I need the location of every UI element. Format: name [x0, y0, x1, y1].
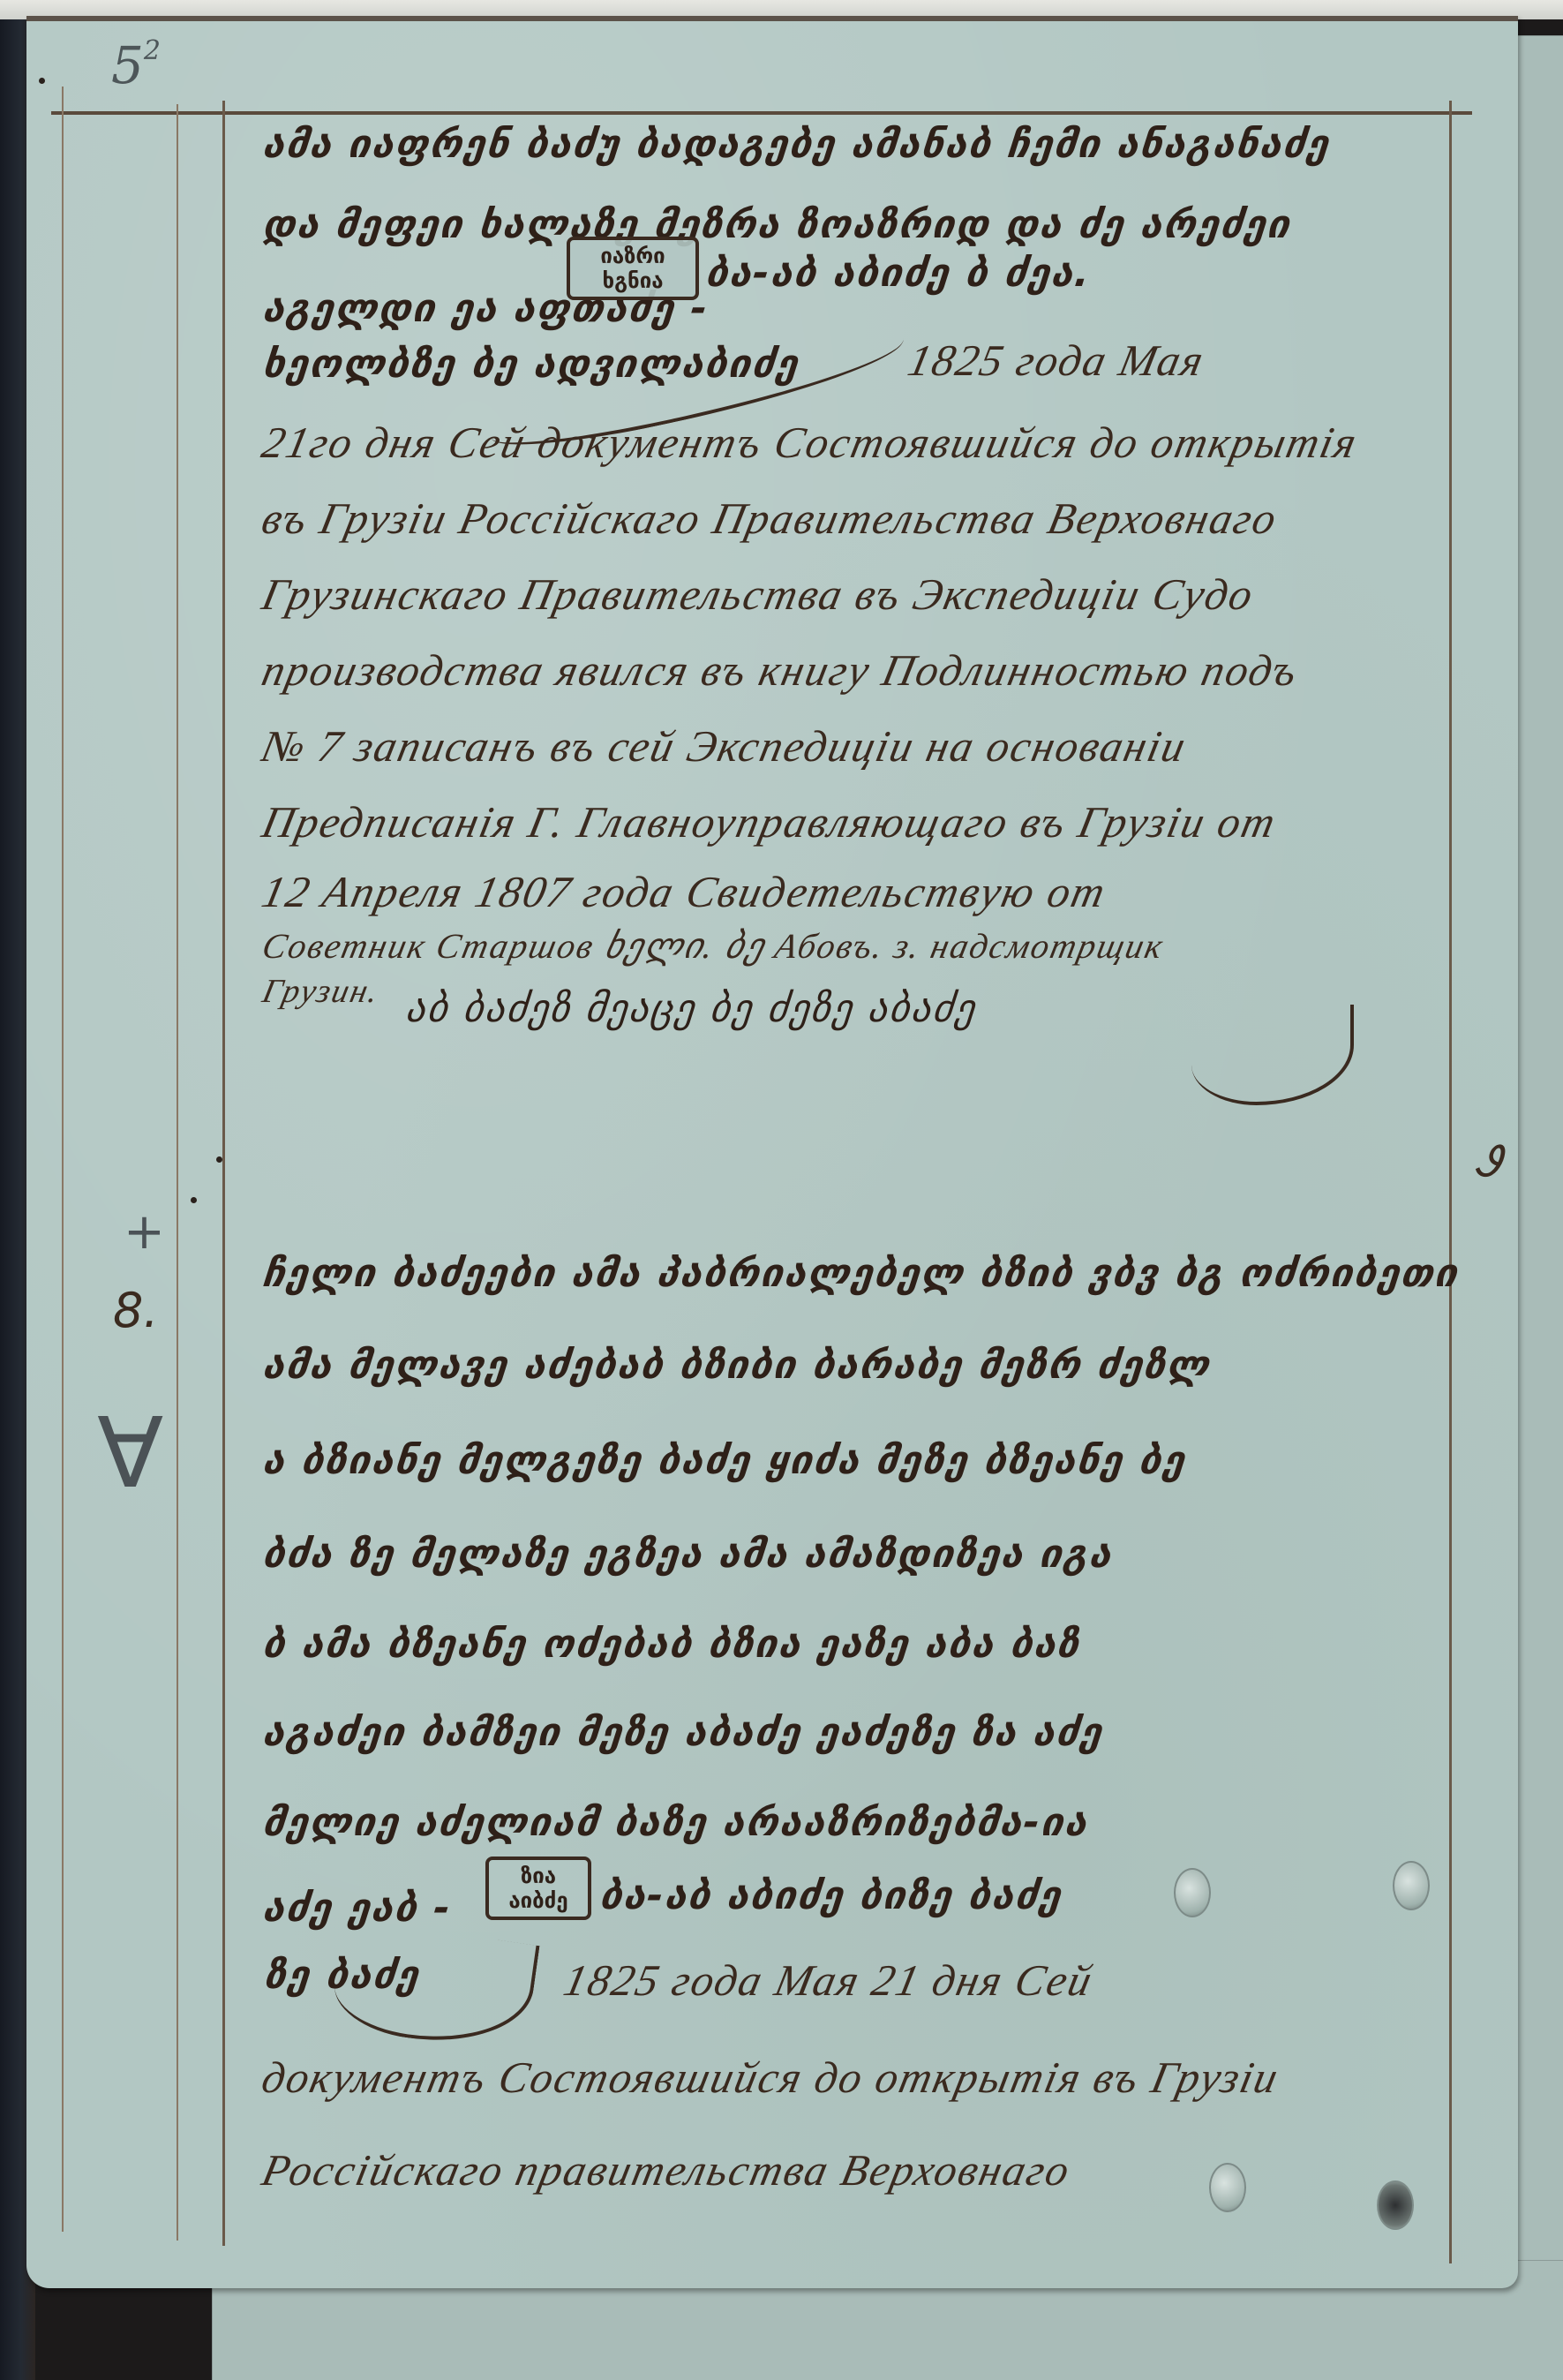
paper-hole [1209, 2163, 1246, 2212]
russian-line: Грузинскаго Правительства въ Экспедиціи … [255, 556, 1480, 632]
russian-line: Россійскаго правительства Верховнаго [257, 2139, 1329, 2201]
georgian-line: ბა-აბ აბიძე ბ ძეა. [703, 247, 1459, 300]
georgian-line: ბძა ზე მელაზე ეგზეა ამა ამაზდიზეა იგა [259, 1509, 1477, 1600]
entry-1-georgian: ამა იაფრენ ბაძუ ბადაგებე ამანაბ ჩემი ანა… [263, 104, 1472, 353]
paper-hole [1174, 1868, 1211, 1917]
russian-line: 21го дня Сей документъ Состоявшийся до о… [255, 404, 1480, 480]
russian-line: 12 Апреля 1807 года Свидетельствую от [256, 860, 1478, 923]
margin-rule-1 [62, 87, 64, 2232]
georgian-line: ჩელი ბაძეები ამა პაბრიალებელ ბზიბ ვბვ ბგ… [259, 1230, 1477, 1318]
page-number: 52 [111, 35, 161, 95]
ink-speck [191, 1197, 197, 1203]
right-margin-letter: Ꮽ [1474, 1137, 1500, 1187]
pencil-mark: A [97, 1393, 163, 1506]
russian-line: Предписанія Г. Главноуправляющаго въ Гру… [255, 784, 1480, 860]
stamp-box-1: იაზრი ხგნია [567, 237, 699, 300]
russian-line: Советник Старшов ხელი. ბე Абовъ. з. надс… [258, 923, 1477, 969]
margin-rule-3 [222, 101, 225, 2246]
signature-flourish [1191, 1005, 1354, 1105]
russian-line: 1825 года Мая 21 дня Сей [559, 1949, 1454, 2011]
georgian-line: ა ბზიანე მელგეზე ბაძე ყიძა მეზე ბზეანე ბ… [258, 1413, 1477, 1509]
georgian-line: მელიე აძელიამ ბაზე არააზრიზებმა-ია [259, 1777, 1477, 1869]
georgian-line: ამა მელავე აძებაბ ბზიბი ბარაბე მეზრ ძეზლ [258, 1318, 1477, 1413]
georgian-line: ამა იაფრენ ბაძუ ბადაგებე ამანაბ ჩემი ანა… [259, 104, 1477, 185]
russian-line: производства явился въ книгу Подлинность… [255, 632, 1480, 708]
ink-speck [39, 78, 45, 84]
georgian-line: ბა-აბ აბიძე ბიზე ბაძე [597, 1865, 1450, 1927]
entry-2-georgian: ჩელი ბაძეები ამა პაბრიალებელ ბზიბ ვბვ ბგ… [263, 1230, 1472, 1948]
manuscript-page: 52 ამა იაფრენ ბაძუ ბადაგებე ამანაბ ჩემი … [26, 16, 1518, 2288]
paper-hole [1377, 2180, 1414, 2230]
entry-number: 8. [113, 1283, 159, 1338]
ink-speck [216, 1156, 222, 1163]
pencil-cross-mark: + [124, 1203, 165, 1261]
russian-line: № 7 записанъ въ сей Экспедиціи на основа… [255, 708, 1480, 784]
entry-1-russian: 21го дня Сей документъ Состоявшийся до о… [263, 404, 1472, 1013]
page-top-edge [26, 16, 1518, 21]
russian-line: документъ Состоявшийся до открытія въ Гр… [257, 2046, 1479, 2108]
margin-rule-2 [177, 104, 178, 2241]
paper-hole [1393, 1861, 1430, 1910]
stamp-box-2: ზია აიბძე [485, 1857, 591, 1920]
russian-date: 1825 года Мая [904, 334, 1462, 387]
russian-line: въ Грузіи Россійскаго Правительства Верх… [255, 480, 1480, 556]
georgian-line: აგაძეი ბამზეი მეზე აბაძე ეაძეზე ზა აძე [259, 1689, 1477, 1777]
georgian-line: ბ ამა ბზეანე ოძებაბ ბზია ეაზე აბა ბაზ [259, 1600, 1477, 1689]
